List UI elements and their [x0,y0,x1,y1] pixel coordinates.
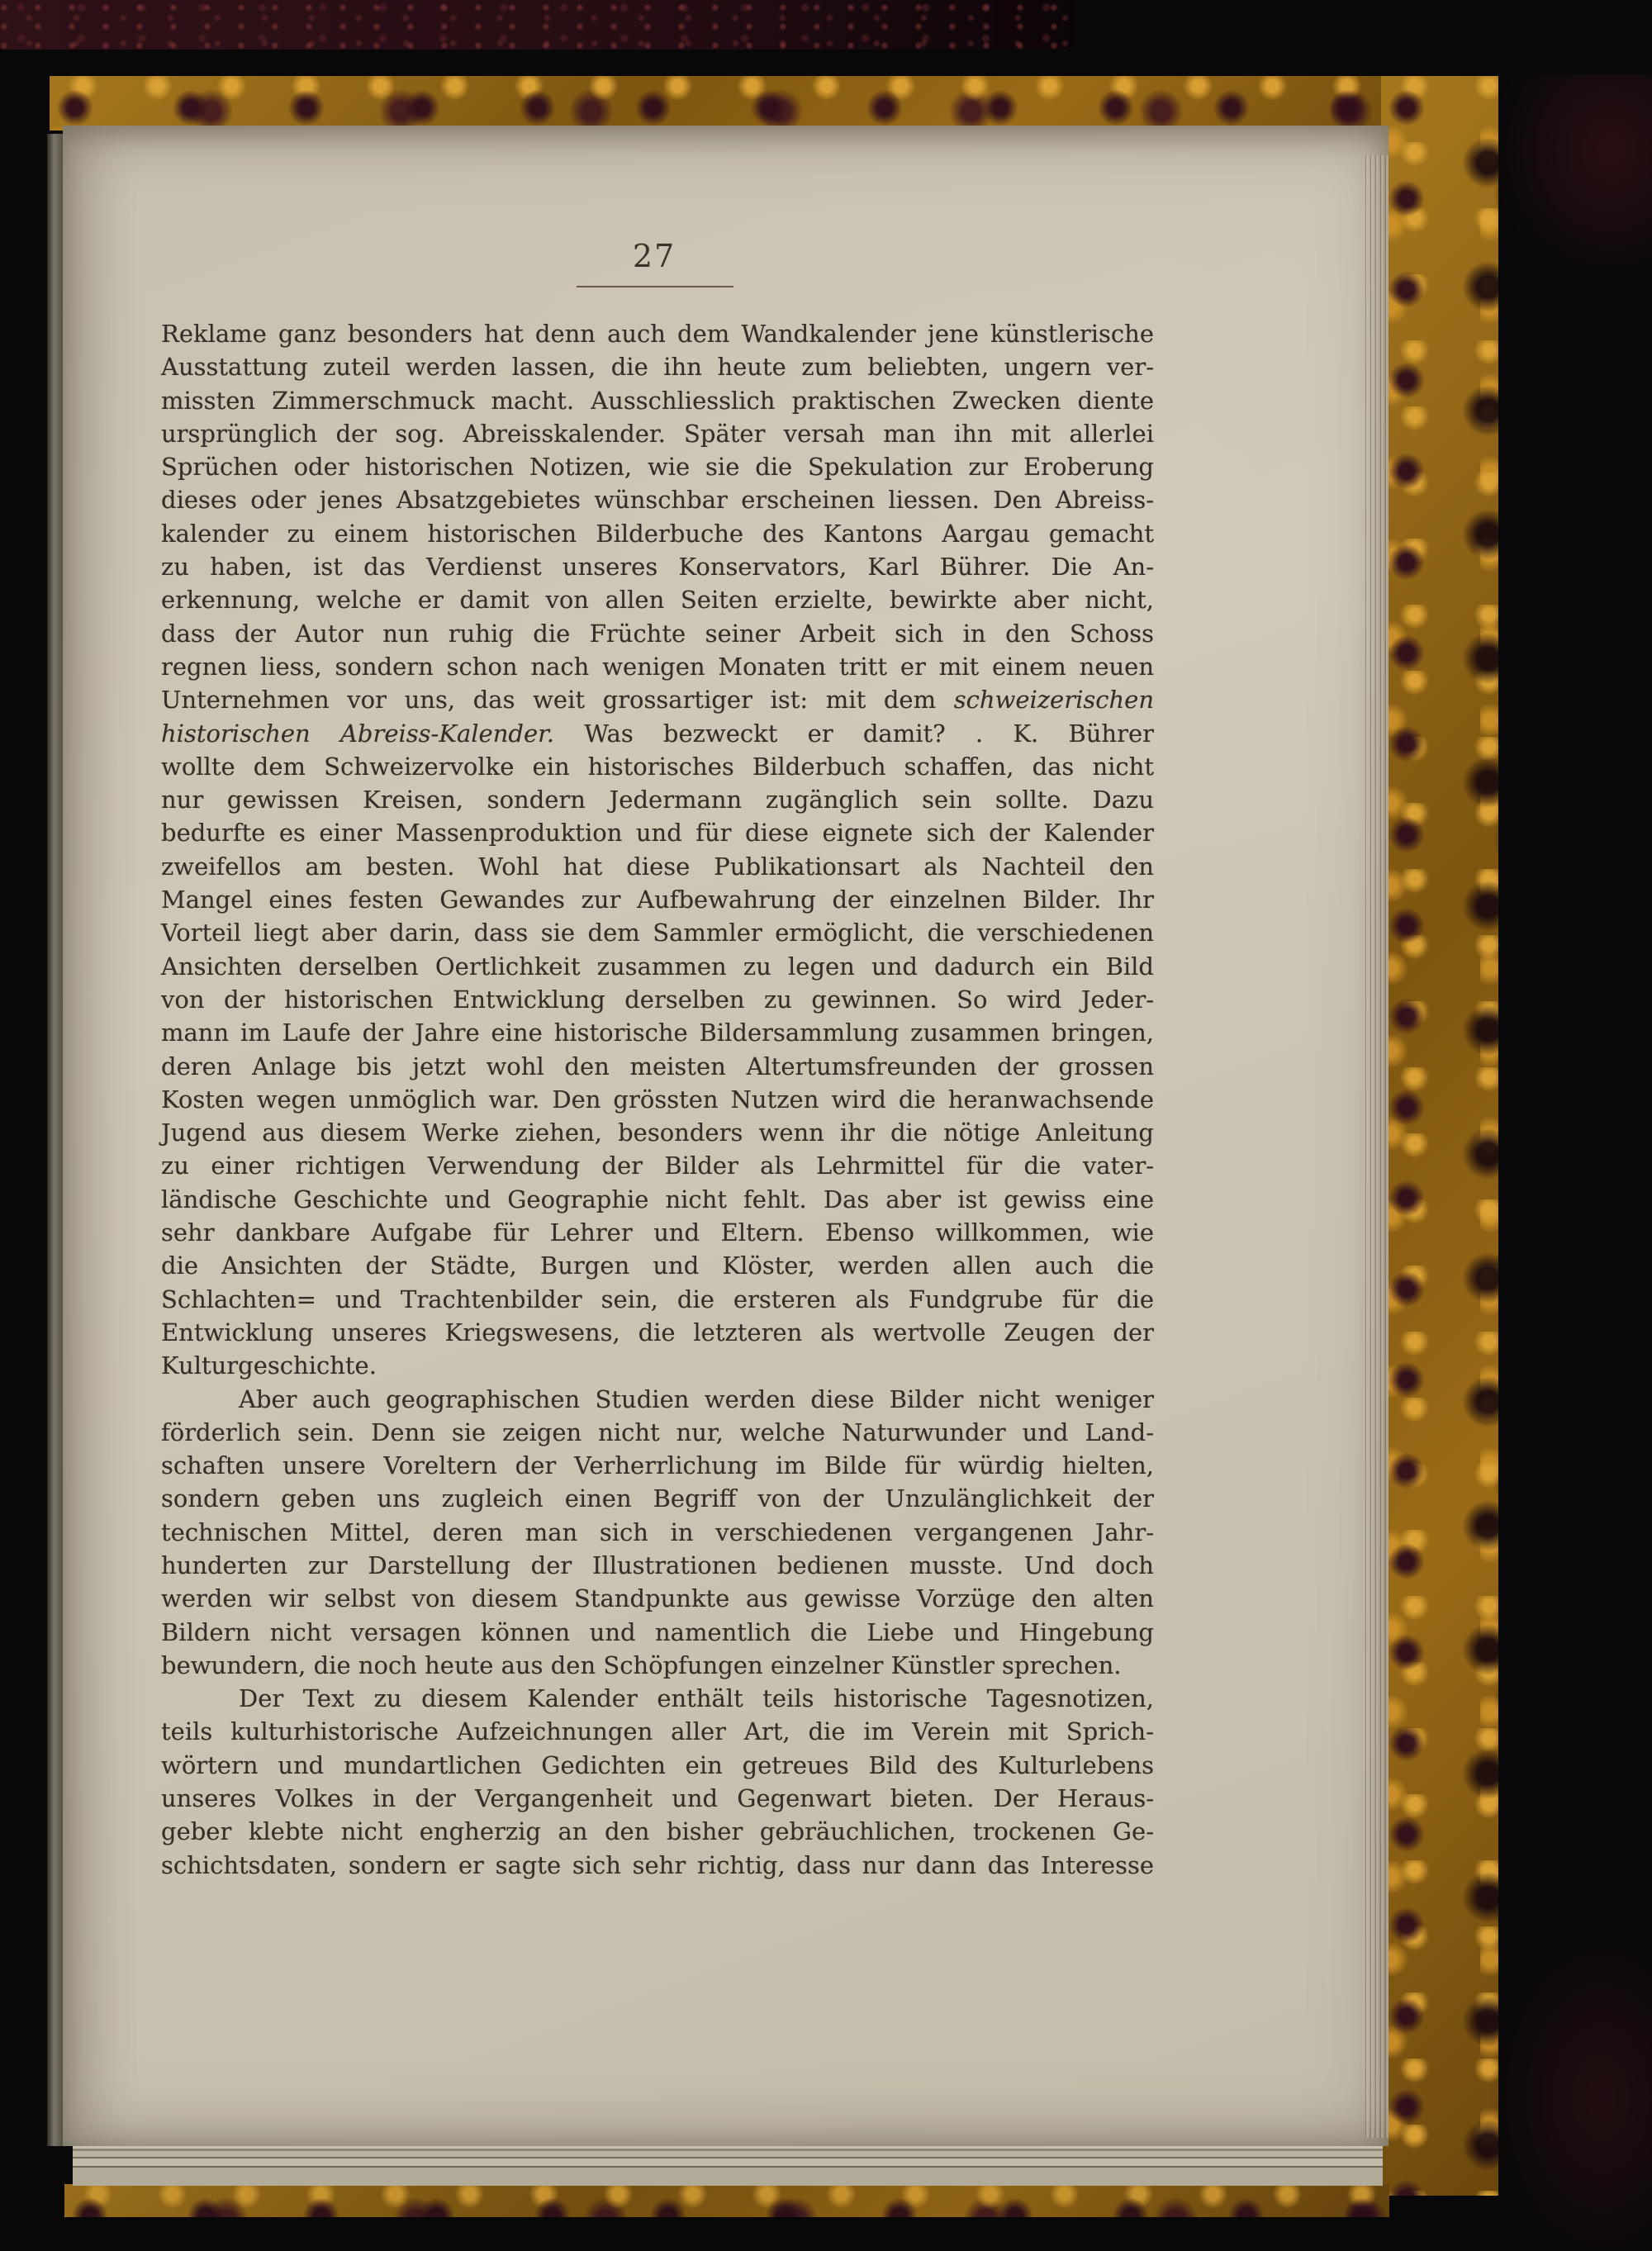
text-segment: Bildern nicht versagen können und nament… [161,1618,1154,1646]
text-segment: bewundern, die noch heute aus den Schöpf… [161,1651,1122,1679]
text-line: Sprüchen oder historischen Notizen, wie … [161,450,1154,483]
text-line: schichtsdaten, sondern er sagte sich seh… [161,1849,1154,1882]
text-line: ländische Geschichte und Geographie nich… [161,1183,1154,1216]
text-segment: erkennung, welche er damit von allen Sei… [161,586,1154,614]
text-segment: Reklame ganz besonders hat denn auch dem… [161,320,1154,348]
text-segment: dieses oder jenes Absatzgebietes wünschb… [161,486,1154,514]
text-segment: Entwicklung unseres Kriegswesens, die le… [161,1318,1154,1346]
text-line: technischen Mittel, deren man sich in ve… [161,1516,1154,1549]
text-segment: zweifellos am besten. Wohl hat diese Pub… [161,852,1154,881]
paragraph: Der Text zu diesem Kalender enthält teil… [161,1682,1154,1882]
text-segment: hunderten zur Darstellung der Illustrati… [161,1551,1154,1579]
text-line: missten Zimmerschmuck macht. Ausschliess… [161,384,1154,417]
text-line: wörtern und mundartlichen Gedichten ein … [161,1749,1154,1782]
text-segment: teils kulturhistorische Aufzeichnungen a… [161,1717,1154,1745]
text-line: dieses oder jenes Absatzgebietes wünschb… [161,483,1154,516]
text-line: sehr dankbare Aufgabe für Lehrer und Elt… [161,1216,1154,1249]
text-segment: sondern geben uns zugleich einen Begriff… [161,1484,1154,1513]
text-line: Der Text zu diesem Kalender enthält teil… [161,1682,1154,1715]
text-segment: Was bezweckt er damit? . K. Bührer [554,719,1154,748]
text-segment: schaften unsere Voreltern der Verherrlic… [161,1451,1154,1479]
cover-tint-bottom-right [1483,1916,1652,2247]
text-segment: Mangel eines festen Gewandes zur Aufbewa… [161,886,1154,914]
text-segment: die Ansichten der Städte, Burgen und Klö… [161,1251,1154,1280]
text-line: Unternehmen vor uns, das weit grossartig… [161,683,1154,716]
text-segment: ländische Geschichte und Geographie nich… [161,1185,1154,1213]
text-line: unseres Volkes in der Vergangenheit und … [161,1782,1154,1815]
cover-top-edge [0,0,1074,50]
text-segment: Schlachten= und Trachtenbilder sein, die… [161,1285,1154,1313]
page-edge-right [1364,155,1389,2138]
text-segment: mann im Laufe der Jahre eine historische… [161,1019,1154,1047]
page-number: 27 [555,238,753,274]
text-line: zu haben, ist das Verdienst unseres Kons… [161,550,1154,583]
text-segment: nur gewissen Kreisen, sondern Jedermann … [161,786,1154,814]
text-line: geber klebte nicht engherzig an den bish… [161,1815,1154,1848]
text-segment: Sprüchen oder historischen Notizen, wie … [161,453,1154,481]
book-page: 27 Reklame ganz besonders hat denn auch … [63,126,1389,2146]
page-number-rule [577,286,733,287]
text-line: Kosten wegen unmöglich war. Den grössten… [161,1083,1154,1116]
text-segment: Ansichten derselben Oertlichkeit zusamme… [161,952,1154,981]
text-segment: Kosten wegen unmöglich war. Den grössten… [161,1085,1154,1114]
marbled-edge-bottom [64,2184,1389,2217]
text-segment: sehr dankbare Aufgabe für Lehrer und Elt… [161,1218,1154,1247]
text-line: Jugend aus diesem Werke ziehen, besonder… [161,1116,1154,1149]
text-segment: geber klebte nicht engherzig an den bish… [161,1817,1154,1845]
page-stack-edge-bottom [73,2144,1383,2186]
text-segment: schichtsdaten, sondern er sagte sich seh… [161,1851,1154,1879]
text-segment: Ausstattung zuteil werden lassen, die ih… [161,353,1154,381]
text-line: zweifellos am besten. Wohl hat diese Pub… [161,850,1154,883]
text-line: mann im Laufe der Jahre eine historische… [161,1016,1154,1049]
text-segment: missten Zimmerschmuck macht. Ausschliess… [161,387,1154,415]
text-line: von der historischen Entwicklung derselb… [161,983,1154,1016]
page-stack-edge-left [47,134,63,2146]
book-scan: 27 Reklame ganz besonders hat denn auch … [0,0,1652,2251]
text-line: Entwicklung unseres Kriegswesens, die le… [161,1316,1154,1349]
text-segment: unseres Volkes in der Vergangenheit und … [161,1784,1154,1812]
text-line: nur gewissen Kreisen, sondern Jedermann … [161,783,1154,816]
text-line: wollte dem Schweizervolke ein historisch… [161,750,1154,783]
text-segment: Vorteil liegt aber darin, dass sie dem S… [161,919,1154,947]
text-line: historischen Abreiss-Kalender. Was bezwe… [161,717,1154,750]
cover-tint-top-right [1487,74,1652,289]
text-segment: regnen liess, sondern schon nach wenigen… [161,653,1154,681]
text-line: regnen liess, sondern schon nach wenigen… [161,650,1154,683]
text-segment: zu einer richtigen Verwendung der Bilder… [161,1152,1154,1180]
text-line: Schlachten= und Trachtenbilder sein, die… [161,1283,1154,1316]
text-line: Reklame ganz besonders hat denn auch dem… [161,317,1154,350]
text-segment: Jugend aus diesem Werke ziehen, besonder… [161,1118,1154,1147]
text-segment: bedurfte es einer Massenproduktion und f… [161,819,1154,847]
text-line: erkennung, welche er damit von allen Sei… [161,583,1154,616]
text-segment: zu haben, ist das Verdienst unseres Kons… [161,553,1154,581]
page-text: Reklame ganz besonders hat denn auch dem… [161,317,1154,1882]
text-line: hunderten zur Darstellung der Illustrati… [161,1549,1154,1582]
italic-text-segment: schweizerischen [954,686,1154,714]
text-line: Ausstattung zuteil werden lassen, die ih… [161,350,1154,383]
text-segment: werden wir selbst von diesem Standpunkte… [161,1584,1154,1612]
text-line: schaften unsere Voreltern der Verherrlic… [161,1449,1154,1482]
text-line: Mangel eines festen Gewandes zur Aufbewa… [161,883,1154,916]
text-line: deren Anlage bis jetzt wohl den meisten … [161,1050,1154,1083]
text-line: sondern geben uns zugleich einen Begriff… [161,1482,1154,1515]
text-segment: kalender zu einem historischen Bilderbuc… [161,520,1154,548]
text-line: Aber auch geographischen Studien werden … [161,1383,1154,1416]
text-line: werden wir selbst von diesem Standpunkte… [161,1582,1154,1615]
text-segment: technischen Mittel, deren man sich in ve… [161,1518,1154,1546]
text-line: die Ansichten der Städte, Burgen und Klö… [161,1249,1154,1282]
text-line: kalender zu einem historischen Bilderbuc… [161,517,1154,550]
text-line: Vorteil liegt aber darin, dass sie dem S… [161,916,1154,949]
marbled-edge-right [1381,76,1498,2196]
text-segment: dass der Autor nun ruhig die Früchte sei… [161,620,1154,648]
text-line: ursprünglich der sog. Abreisskalender. S… [161,417,1154,450]
text-line: Ansichten derselben Oertlichkeit zusamme… [161,950,1154,983]
text-line: bewundern, die noch heute aus den Schöpf… [161,1649,1154,1682]
text-segment: Der Text zu diesem Kalender enthält teil… [239,1684,1154,1712]
paragraph: Reklame ganz besonders hat denn auch dem… [161,317,1154,1383]
italic-text-segment: historischen Abreiss-Kalender. [161,719,554,748]
text-line: teils kulturhistorische Aufzeichnungen a… [161,1715,1154,1748]
text-line: dass der Autor nun ruhig die Früchte sei… [161,617,1154,650]
text-segment: Kulturgeschichte. [161,1351,377,1380]
text-line: zu einer richtigen Verwendung der Bilder… [161,1149,1154,1182]
text-segment: förderlich sein. Denn sie zeigen nicht n… [161,1418,1154,1446]
marbled-edge-top [50,76,1497,131]
text-line: bedurfte es einer Massenproduktion und f… [161,816,1154,849]
text-line: Kulturgeschichte. [161,1349,1154,1382]
text-segment: von der historischen Entwicklung derselb… [161,985,1154,1014]
text-segment: Unternehmen vor uns, das weit grossartig… [161,686,954,714]
text-segment: Aber auch geographischen Studien werden … [239,1385,1154,1413]
text-line: Bildern nicht versagen können und nament… [161,1616,1154,1649]
text-segment: wörtern und mundartlichen Gedichten ein … [161,1751,1154,1779]
paragraph: Aber auch geographischen Studien werden … [161,1383,1154,1683]
text-segment: wollte dem Schweizervolke ein historisch… [161,753,1154,781]
text-segment: ursprünglich der sog. Abreisskalender. S… [161,420,1154,448]
text-line: förderlich sein. Denn sie zeigen nicht n… [161,1416,1154,1449]
text-segment: deren Anlage bis jetzt wohl den meisten … [161,1052,1154,1080]
